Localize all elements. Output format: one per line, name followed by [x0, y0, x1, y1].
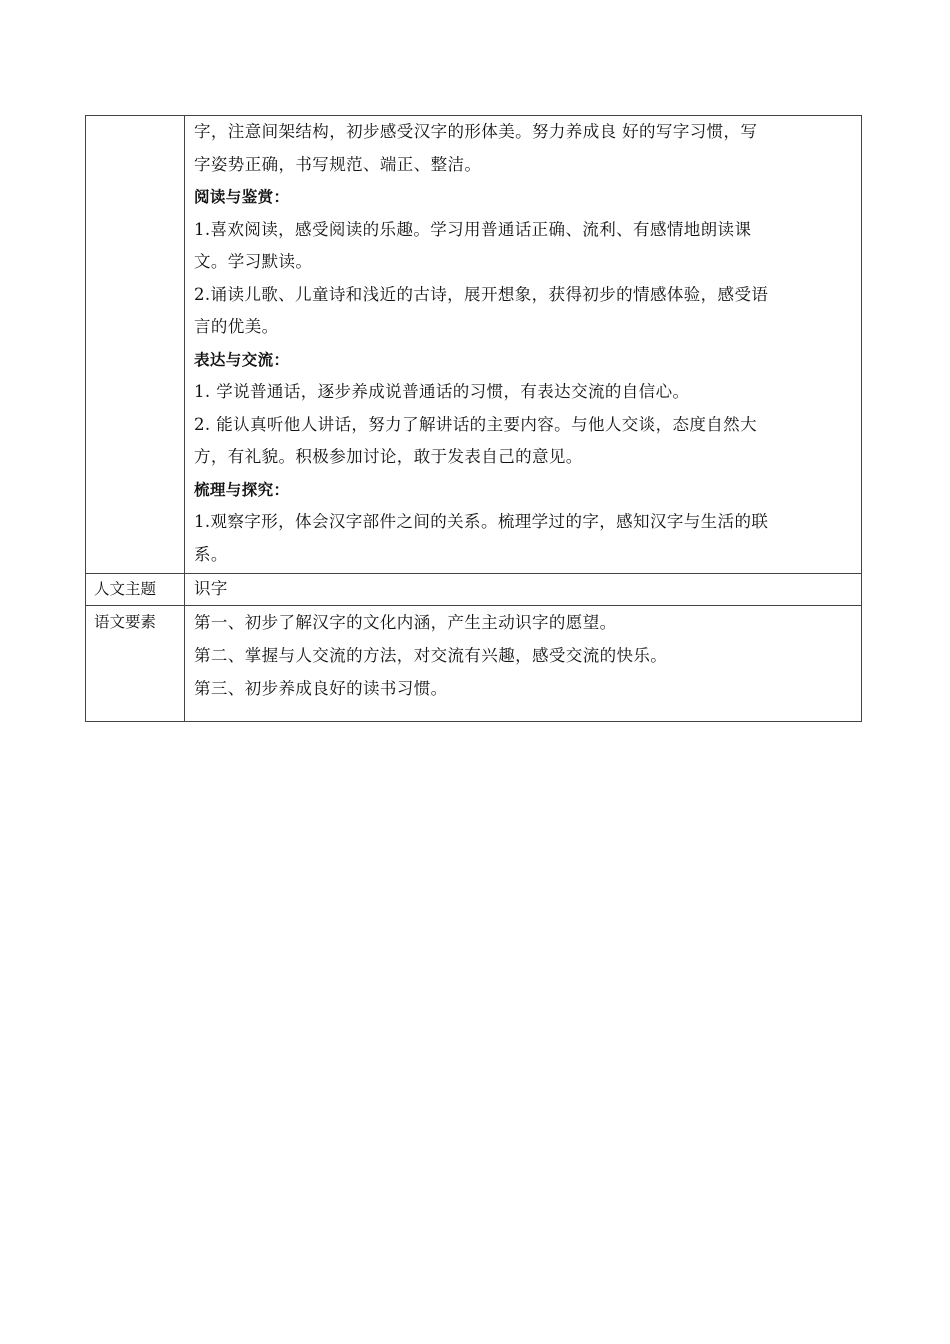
curriculum-table: 字，注意间架结构，初步感受汉字的形体美。努力养成良 好的写字习惯，写 字姿势正确…	[85, 115, 862, 722]
theme-content: 识字	[185, 574, 862, 606]
section-heading-inquiry: 梳理与探究：	[194, 474, 853, 507]
goals-content: 字，注意间架结构，初步感受汉字的形体美。努力养成良 好的写字习惯，写 字姿势正确…	[185, 116, 862, 574]
reading-item-2-line-2: 言的优美。	[194, 311, 853, 344]
writing-text-line-1: 字，注意间架结构，初步感受汉字的形体美。努力养成良 好的写字习惯，写	[194, 116, 853, 149]
theme-value: 识字	[194, 574, 853, 604]
section-heading-reading: 阅读与鉴赏：	[194, 181, 853, 214]
elements-label: 语文要素	[86, 606, 185, 722]
expression-item-1: 1. 学说普通话，逐步养成说普通话的习惯，有表达交流的自信心。	[194, 376, 853, 409]
expression-item-2-line-1: 2. 能认真听他人讲话，努力了解讲话的主要内容。与他人交谈，态度自然大	[194, 409, 853, 442]
theme-label: 人文主题	[86, 574, 185, 606]
inquiry-item-1-line-2: 系。	[194, 539, 853, 572]
element-item-2: 第二、掌握与人交流的方法，对交流有兴趣，感受交流的快乐。	[194, 639, 853, 672]
elements-content: 第一、初步了解汉字的文化内涵，产生主动识字的愿望。 第二、掌握与人交流的方法，对…	[185, 606, 862, 722]
writing-text-line-2: 字姿势正确，书写规范、端正、整洁。	[194, 149, 853, 182]
expression-item-2-line-2: 方，有礼貌。积极参加讨论，敢于发表自己的意见。	[194, 441, 853, 474]
reading-item-2-line-1: 2.诵读儿歌、儿童诗和浅近的古诗，展开想象，获得初步的情感体验，感受语	[194, 279, 853, 312]
table-row-elements: 语文要素 第一、初步了解汉字的文化内涵，产生主动识字的愿望。 第二、掌握与人交流…	[86, 606, 862, 722]
table-row-goals: 字，注意间架结构，初步感受汉字的形体美。努力养成良 好的写字习惯，写 字姿势正确…	[86, 116, 862, 574]
element-item-1: 第一、初步了解汉字的文化内涵，产生主动识字的愿望。	[194, 606, 853, 639]
inquiry-item-1-line-1: 1.观察字形，体会汉字部件之间的关系。梳理学过的字，感知汉字与生活的联	[194, 506, 853, 539]
section-heading-expression: 表达与交流：	[194, 344, 853, 377]
row-label-empty	[86, 116, 185, 574]
reading-item-1-line-1: 1.喜欢阅读，感受阅读的乐趣。学习用普通话正确、流利、有感情地朗读课	[194, 214, 853, 247]
element-item-3: 第三、初步养成良好的读书习惯。	[194, 672, 853, 705]
table-row-theme: 人文主题 识字	[86, 574, 862, 606]
reading-item-1-line-2: 文。学习默读。	[194, 246, 853, 279]
